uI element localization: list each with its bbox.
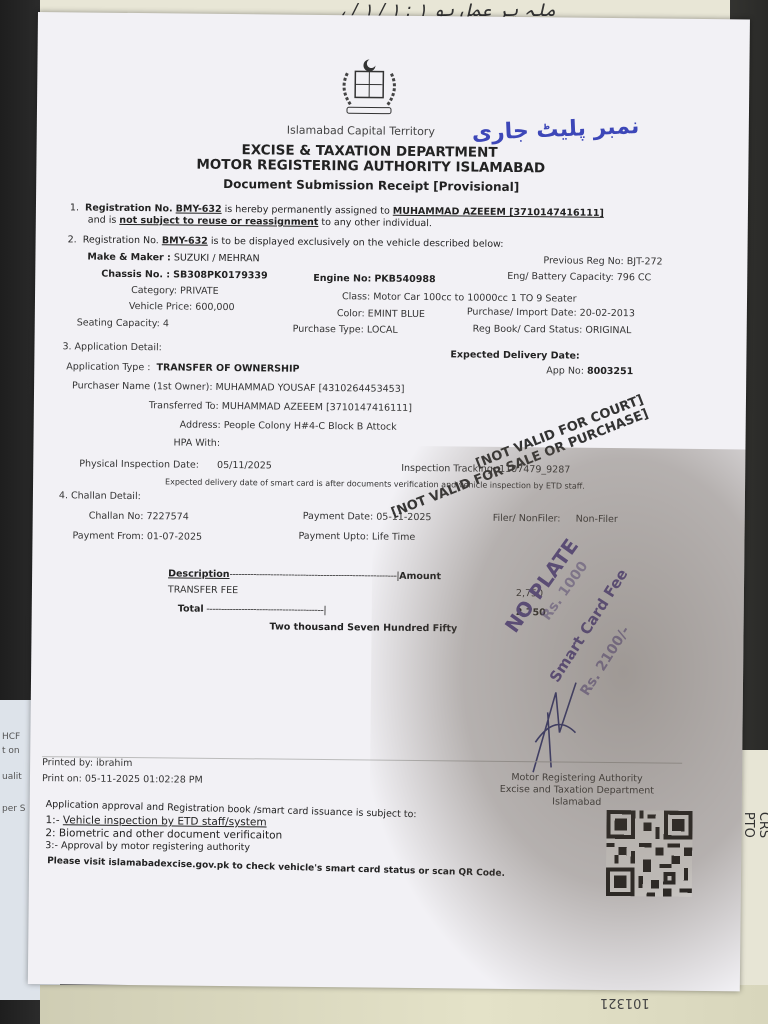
- chassis-value: SB308PK0179339: [173, 269, 268, 281]
- condition-number: 3:-: [45, 840, 58, 851]
- previous-reg: Previous Reg No: BJT-272: [543, 255, 662, 267]
- filer-label: Filer/ NonFiler:: [493, 513, 561, 525]
- visit-note: Please visit islamabadexcise.gov.pk to c…: [47, 856, 505, 879]
- registration-number: BMY-632: [162, 235, 208, 246]
- monitor-text: per S: [2, 804, 26, 814]
- condition-text: Biometric and other document verificaito…: [59, 827, 282, 841]
- condition-2: 2: Biometric and other document verifica…: [45, 827, 282, 841]
- qr-code-icon[interactable]: [606, 810, 693, 897]
- app-no-label: App No:: [546, 365, 584, 376]
- address: Address: People Colony H#4-C Block B Att…: [180, 420, 397, 433]
- total-label: Total: [178, 603, 204, 614]
- printed-on: Print on: 05-11-2025 01:02:28 PM: [42, 773, 203, 786]
- receipt-title: Document Submission Receipt [Provisional…: [223, 177, 519, 194]
- purchase-type: Purchase Type: LOCAL: [293, 324, 398, 336]
- expected-delivery-label: Expected Delivery Date:: [450, 349, 579, 361]
- import-date: Purchase/ Import Date: 20-02-2013: [467, 307, 635, 320]
- amount-in-words: Two thousand Seven Hundred Fifty: [270, 621, 458, 634]
- section-4-heading: 4. Challan Detail:: [59, 490, 141, 502]
- inspection-date: Physical Inspection Date: 05/11/2025: [79, 458, 272, 471]
- delivery-note: Expected delivery date of smart card is …: [165, 477, 585, 490]
- filer-value: Non-Filer: [576, 514, 618, 525]
- state-emblem-icon: [329, 55, 410, 126]
- text: to any other individual.: [321, 217, 432, 229]
- engine-field: Engine No: PKB540988: [313, 273, 435, 285]
- app-number: App No: 8003251: [546, 365, 633, 377]
- authority-title: MOTOR REGISTERING AUTHORITY ISLAMABAD: [196, 157, 545, 177]
- application-type: Application Type : TRANSFER OF OWNERSHIP: [66, 361, 299, 374]
- territory-label: Islamabad Capital Territory: [287, 124, 435, 139]
- section-number: 2.: [68, 234, 77, 245]
- authority-signature-block: Motor Registering Authority Excise and T…: [482, 772, 672, 810]
- purchaser-name: Purchaser Name (1st Owner): MUHAMMAD YOU…: [72, 380, 405, 394]
- chassis-label: Chassis No. :: [101, 269, 170, 281]
- photo-scene: ، / ۱ / ۱ : ۱ ملہ پر عمل ہو HCF t on ual…: [0, 0, 768, 1024]
- text: and is: [88, 215, 117, 226]
- text: is to be displayed exclusively on the ve…: [211, 236, 504, 250]
- assigned-text: is hereby permanently assigned to: [225, 204, 390, 217]
- card-status: Reg Book/ Card Status: ORIGINAL: [473, 324, 632, 337]
- make-label: Make & Maker :: [87, 252, 171, 264]
- transferred-to: Transferred To: MUHAMMAD AZEEEM [3710147…: [149, 400, 412, 414]
- bottom-number: 101321: [600, 995, 650, 1010]
- make-value: SUZUKI / MEHRAN: [174, 252, 260, 264]
- payment-upto: Payment Upto: Life Time: [298, 531, 415, 543]
- app-type-label: Application Type :: [66, 361, 150, 373]
- amount-header: Amount: [399, 571, 441, 582]
- payment-from: Payment From: 01-07-2025: [72, 530, 202, 542]
- reuse-warning: not subject to reuse or reassignment: [119, 215, 318, 228]
- filer-status: Filer/ NonFiler: Non-Filer: [493, 513, 618, 525]
- urdu-number-plate-stamp: نمبر پلیٹ جاری: [471, 114, 639, 146]
- condition-1: 1:- Vehicle inspection by ETD staff/syst…: [45, 814, 266, 828]
- section-number: 1.: [70, 202, 79, 213]
- description-header: Description: [168, 568, 230, 580]
- condition-3: 3:- Approval by motor registering author…: [45, 840, 250, 853]
- signature-icon: [525, 672, 586, 783]
- condition-text: Vehicle inspection by ETD staff/system: [63, 814, 267, 828]
- monitor-text: t on: [2, 746, 20, 756]
- fee-total-row: Total ----------------------------------…: [178, 603, 326, 616]
- make-field: Make & Maker : SUZUKI / MEHRAN: [87, 252, 259, 265]
- owner-name: MUHAMMAD AZEEEM [3710147416111]: [393, 206, 604, 219]
- engine-capacity: Eng/ Battery Capacity: 796 CC: [507, 271, 651, 284]
- hpa-with: HPA With:: [173, 437, 220, 448]
- engine-label: Engine No:: [313, 273, 371, 285]
- fee-item-description: TRANSFER FEE: [168, 584, 238, 596]
- vehicle-color: Color: EMINT BLUE: [337, 308, 425, 320]
- reg-label: Registration No.: [83, 234, 159, 246]
- condition-number: 1:-: [45, 814, 59, 826]
- seating-capacity: Seating Capacity: 4: [77, 317, 169, 329]
- footer-divider: [42, 756, 682, 764]
- section-3-heading: 3. Application Detail:: [62, 341, 161, 353]
- fee-header: Description-----------------------------…: [168, 568, 441, 582]
- app-type-value: TRANSFER OF OWNERSHIP: [156, 362, 299, 374]
- engine-value: PKB540988: [374, 274, 435, 286]
- authority-line: Excise and Taxation Department: [482, 784, 672, 798]
- condition-text: Approval by motor registering authority: [61, 840, 250, 853]
- registration-number: BMY-632: [176, 203, 222, 214]
- challan-no: Challan No: 7227574: [89, 511, 189, 523]
- monitor-text: ualit: [2, 772, 22, 782]
- chassis-field: Chassis No. : SB308PK0179339: [101, 269, 268, 282]
- underlying-paper-bottom: 101321: [40, 985, 768, 1024]
- vehicle-class: Class: Motor Car 100cc to 10000cc 1 TO 9…: [342, 291, 577, 304]
- monitor-text: HCF: [2, 732, 20, 742]
- vehicle-price: Vehicle Price: 600,000: [129, 301, 235, 313]
- condition-number: 2:: [45, 827, 55, 839]
- section-1-line-2: and is not subject to reuse or reassignm…: [88, 215, 432, 230]
- inspection-date-value: 05/11/2025: [217, 460, 272, 472]
- category: Category: PRIVATE: [131, 285, 219, 297]
- side-text: CRS PTO: [741, 812, 768, 838]
- printed-by: Printed by: ibrahim: [42, 757, 132, 769]
- inspection-date-label: Physical Inspection Date:: [79, 458, 199, 470]
- reg-label: Registration No.: [85, 203, 173, 215]
- section-2-line: 2. Registration No. BMY-632 is to be dis…: [68, 234, 504, 250]
- authority-line: Islamabad: [482, 796, 672, 810]
- receipt-document: Islamabad Capital Territory EXCISE & TAX…: [28, 12, 750, 991]
- app-no-value: 8003251: [587, 366, 633, 377]
